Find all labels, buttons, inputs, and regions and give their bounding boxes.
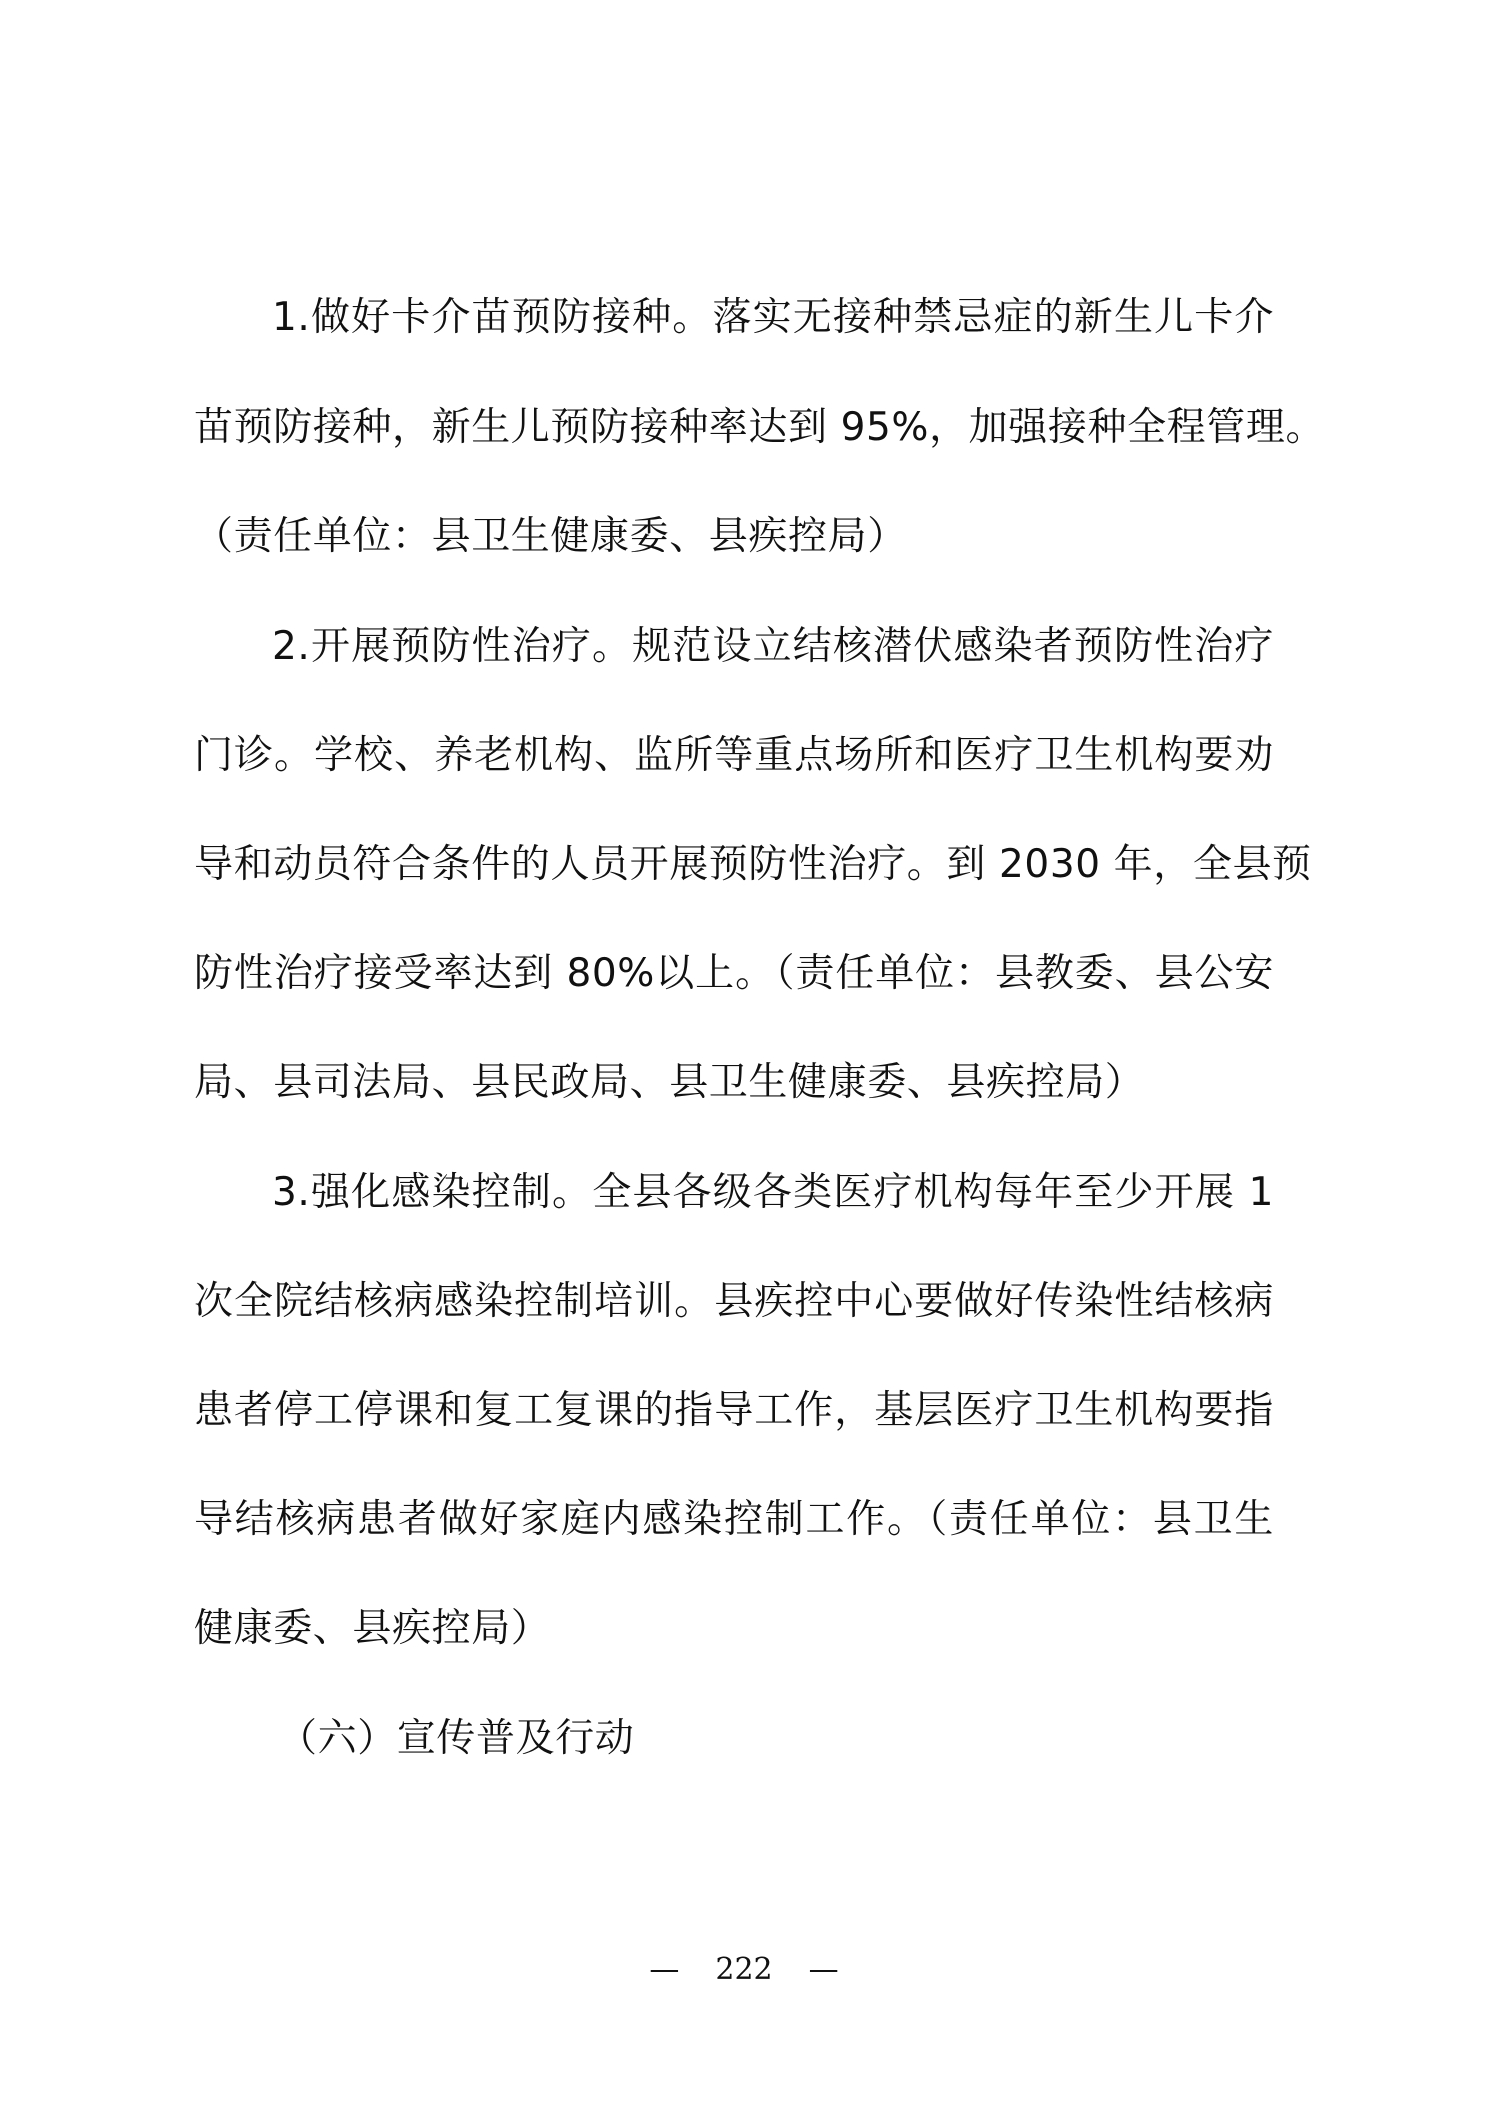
paragraph-1-line-1: 1.做好卡介苗预防接种。落实无接种禁忌症的新生儿卡介 [272,294,1274,342]
paragraph-3-line-2: 次全院结核病感染控制培训。县疾控中心要做好传染性结核病 [194,1278,1274,1326]
paragraph-3-line-3: 患者停工停课和复工复课的指导工作，基层医疗卫生机构要指 [194,1387,1274,1435]
paragraph-1-line-3: （责任单位：县卫生健康委、县疾控局） [194,513,1274,561]
paragraph-2-line-3: 导和动员符合条件的人员开展预防性治疗。到 2030 年，全县预 [194,841,1274,889]
footer-dash-right: — [809,1952,839,1987]
document-page: 1.做好卡介苗预防接种。落实无接种禁忌症的新生儿卡介 苗预防接种，新生儿预防接种… [0,0,1488,2105]
page-number: 222 [715,1952,772,1987]
paragraph-2-line-4: 防性治疗接受率达到 80%以上。（责任单位：县教委、县公安 [194,950,1274,998]
page-footer: —222— [0,1952,1488,1987]
paragraph-3-line-1: 3.强化感染控制。全县各级各类医疗机构每年至少开展 1 [272,1169,1274,1217]
paragraph-2-line-1: 2.开展预防性治疗。规范设立结核潜伏感染者预防性治疗 [272,623,1274,671]
paragraph-2-line-5: 局、县司法局、县民政局、县卫生健康委、县疾控局） [194,1059,1274,1107]
section-heading: （六）宣传普及行动 [278,1715,1358,1763]
footer-dash-left: — [649,1952,679,1987]
paragraph-1-line-2: 苗预防接种，新生儿预防接种率达到 95%，加强接种全程管理。 [194,404,1274,452]
paragraph-2-line-2: 门诊。学校、养老机构、监所等重点场所和医疗卫生机构要劝 [194,732,1274,780]
paragraph-3-line-4: 导结核病患者做好家庭内感染控制工作。（责任单位：县卫生 [194,1496,1274,1544]
paragraph-3-line-5: 健康委、县疾控局） [194,1605,1274,1653]
